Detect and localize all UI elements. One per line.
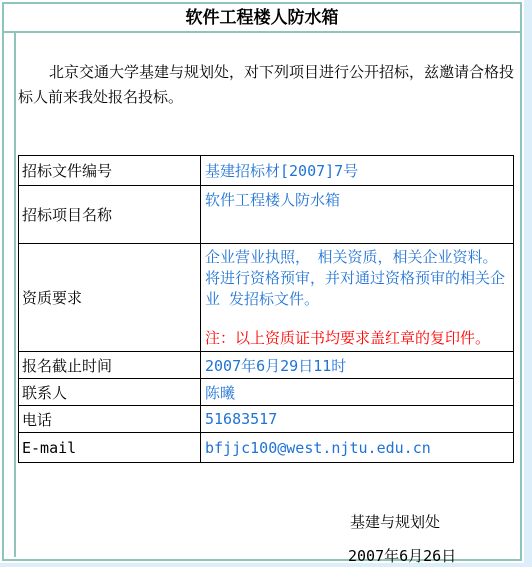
table-row: 电话 51683517	[19, 406, 514, 433]
notice-content: 北京交通大学基建与规划处，对下列项目进行公开招标，兹邀请合格投标人前来我处报名投…	[14, 33, 520, 557]
row-value-deadline: 2007年6月29日11时	[201, 352, 514, 379]
notice-title-bar: 软件工程楼人防水箱	[4, 4, 520, 33]
table-row: 报名截止时间 2007年6月29日11时	[19, 352, 514, 379]
row-value-document-number: 基建招标材[2007]7号	[201, 156, 514, 186]
row-label-email: E-mail	[19, 433, 201, 463]
qualification-text: 企业营业执照， 相关资质，相关企业资料。将进行资格预审，并对通过资格预审的相关企…	[205, 247, 509, 310]
table-row: 资质要求 企业营业执照， 相关资质，相关企业资料。将进行资格预审，并对通过资格预…	[19, 244, 514, 352]
tender-info-table: 招标文件编号 基建招标材[2007]7号 招标项目名称 软件工程楼人防水箱 资质…	[18, 155, 514, 463]
intro-paragraph: 北京交通大学基建与规划处，对下列项目进行公开招标，兹邀请合格投标人前来我处报名投…	[18, 33, 520, 110]
qualification-note: 注：以上资质证书均要求盖红章的复印件。	[205, 328, 509, 349]
row-value-qualification: 企业营业执照， 相关资质，相关企业资料。将进行资格预审，并对通过资格预审的相关企…	[201, 244, 514, 352]
row-value-contact: 陈曦	[201, 379, 514, 406]
table-row: 招标项目名称 软件工程楼人防水箱	[19, 186, 514, 244]
row-value-phone: 51683517	[201, 406, 514, 433]
page-background-strip-right	[524, 0, 532, 567]
table-row: 联系人 陈曦	[19, 379, 514, 406]
row-label-phone: 电话	[19, 406, 201, 433]
row-label-qualification: 资质要求	[19, 244, 201, 352]
row-label-document-number: 招标文件编号	[19, 156, 201, 186]
row-value-email: bfjjc100@west.njtu.edu.cn	[201, 433, 514, 463]
notice-window: 软件工程楼人防水箱 北京交通大学基建与规划处，对下列项目进行公开招标，兹邀请合格…	[2, 2, 522, 561]
footer-date: 2007年6月26日	[18, 545, 520, 566]
row-value-project-name: 软件工程楼人防水箱	[201, 186, 514, 244]
row-label-contact: 联系人	[19, 379, 201, 406]
table-row: 招标文件编号 基建招标材[2007]7号	[19, 156, 514, 186]
row-label-deadline: 报名截止时间	[19, 352, 201, 379]
page-title: 软件工程楼人防水箱	[186, 8, 339, 28]
footer-department: 基建与规划处	[18, 511, 520, 532]
table-row: E-mail bfjjc100@west.njtu.edu.cn	[19, 433, 514, 463]
row-label-project-name: 招标项目名称	[19, 186, 201, 244]
